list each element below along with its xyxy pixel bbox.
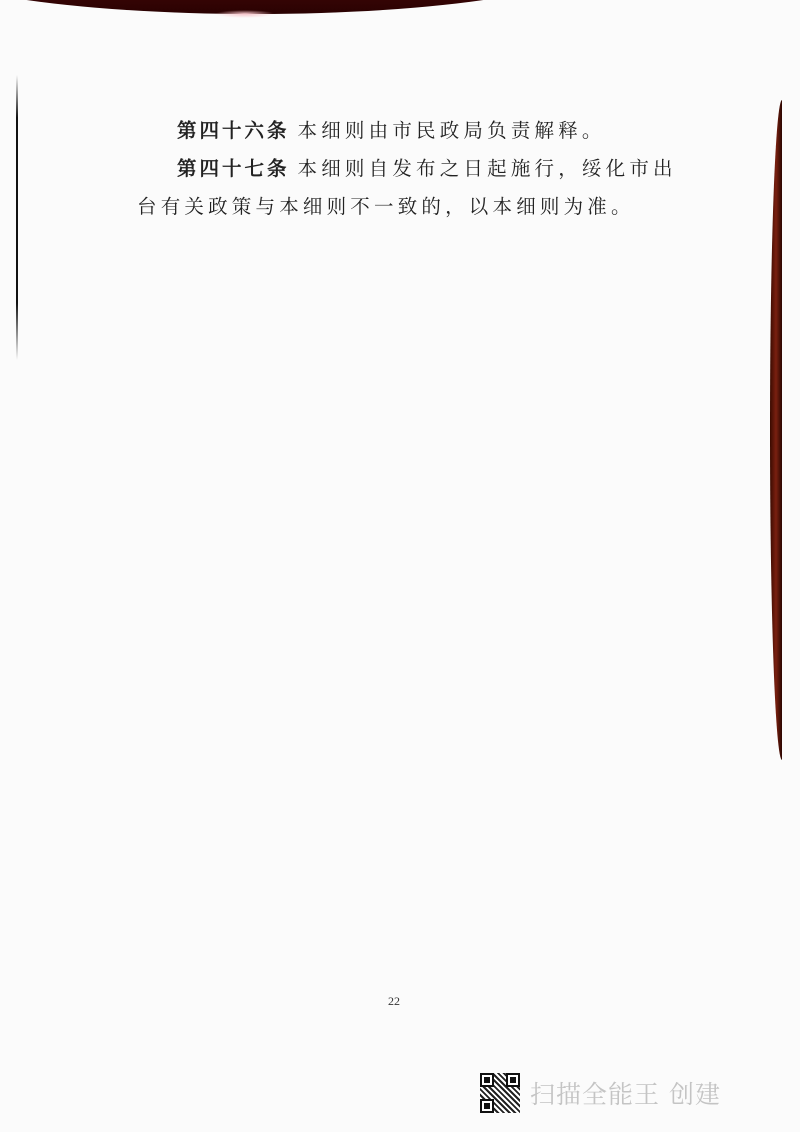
article-46-heading: 第四十六条 [177, 119, 290, 142]
article-47-heading: 第四十七条 [177, 157, 290, 180]
scan-top-glare [215, 10, 275, 18]
page-number: 22 [388, 994, 400, 1009]
scan-top-edge-shadow [0, 0, 595, 14]
watermark-text: 扫描全能王 创建 [530, 1075, 721, 1111]
scan-right-edge-shadow [770, 100, 782, 760]
scanner-watermark: 扫描全能王 创建 [480, 1073, 721, 1113]
article-46-text: 本细则由市民政局负责解释。 [298, 119, 606, 142]
scan-left-edge-line [16, 75, 18, 360]
article-47-paragraph: 第四十七条本细则自发布之日起施行，绥化市出台有关政策与本细则不一致的，以本细则为… [137, 150, 677, 226]
article-46-paragraph: 第四十六条本细则由市民政局负责解释。 [137, 112, 677, 150]
document-body: 第四十六条本细则由市民政局负责解释。 第四十七条本细则自发布之日起施行，绥化市出… [137, 112, 677, 226]
qr-code-icon [480, 1073, 520, 1113]
